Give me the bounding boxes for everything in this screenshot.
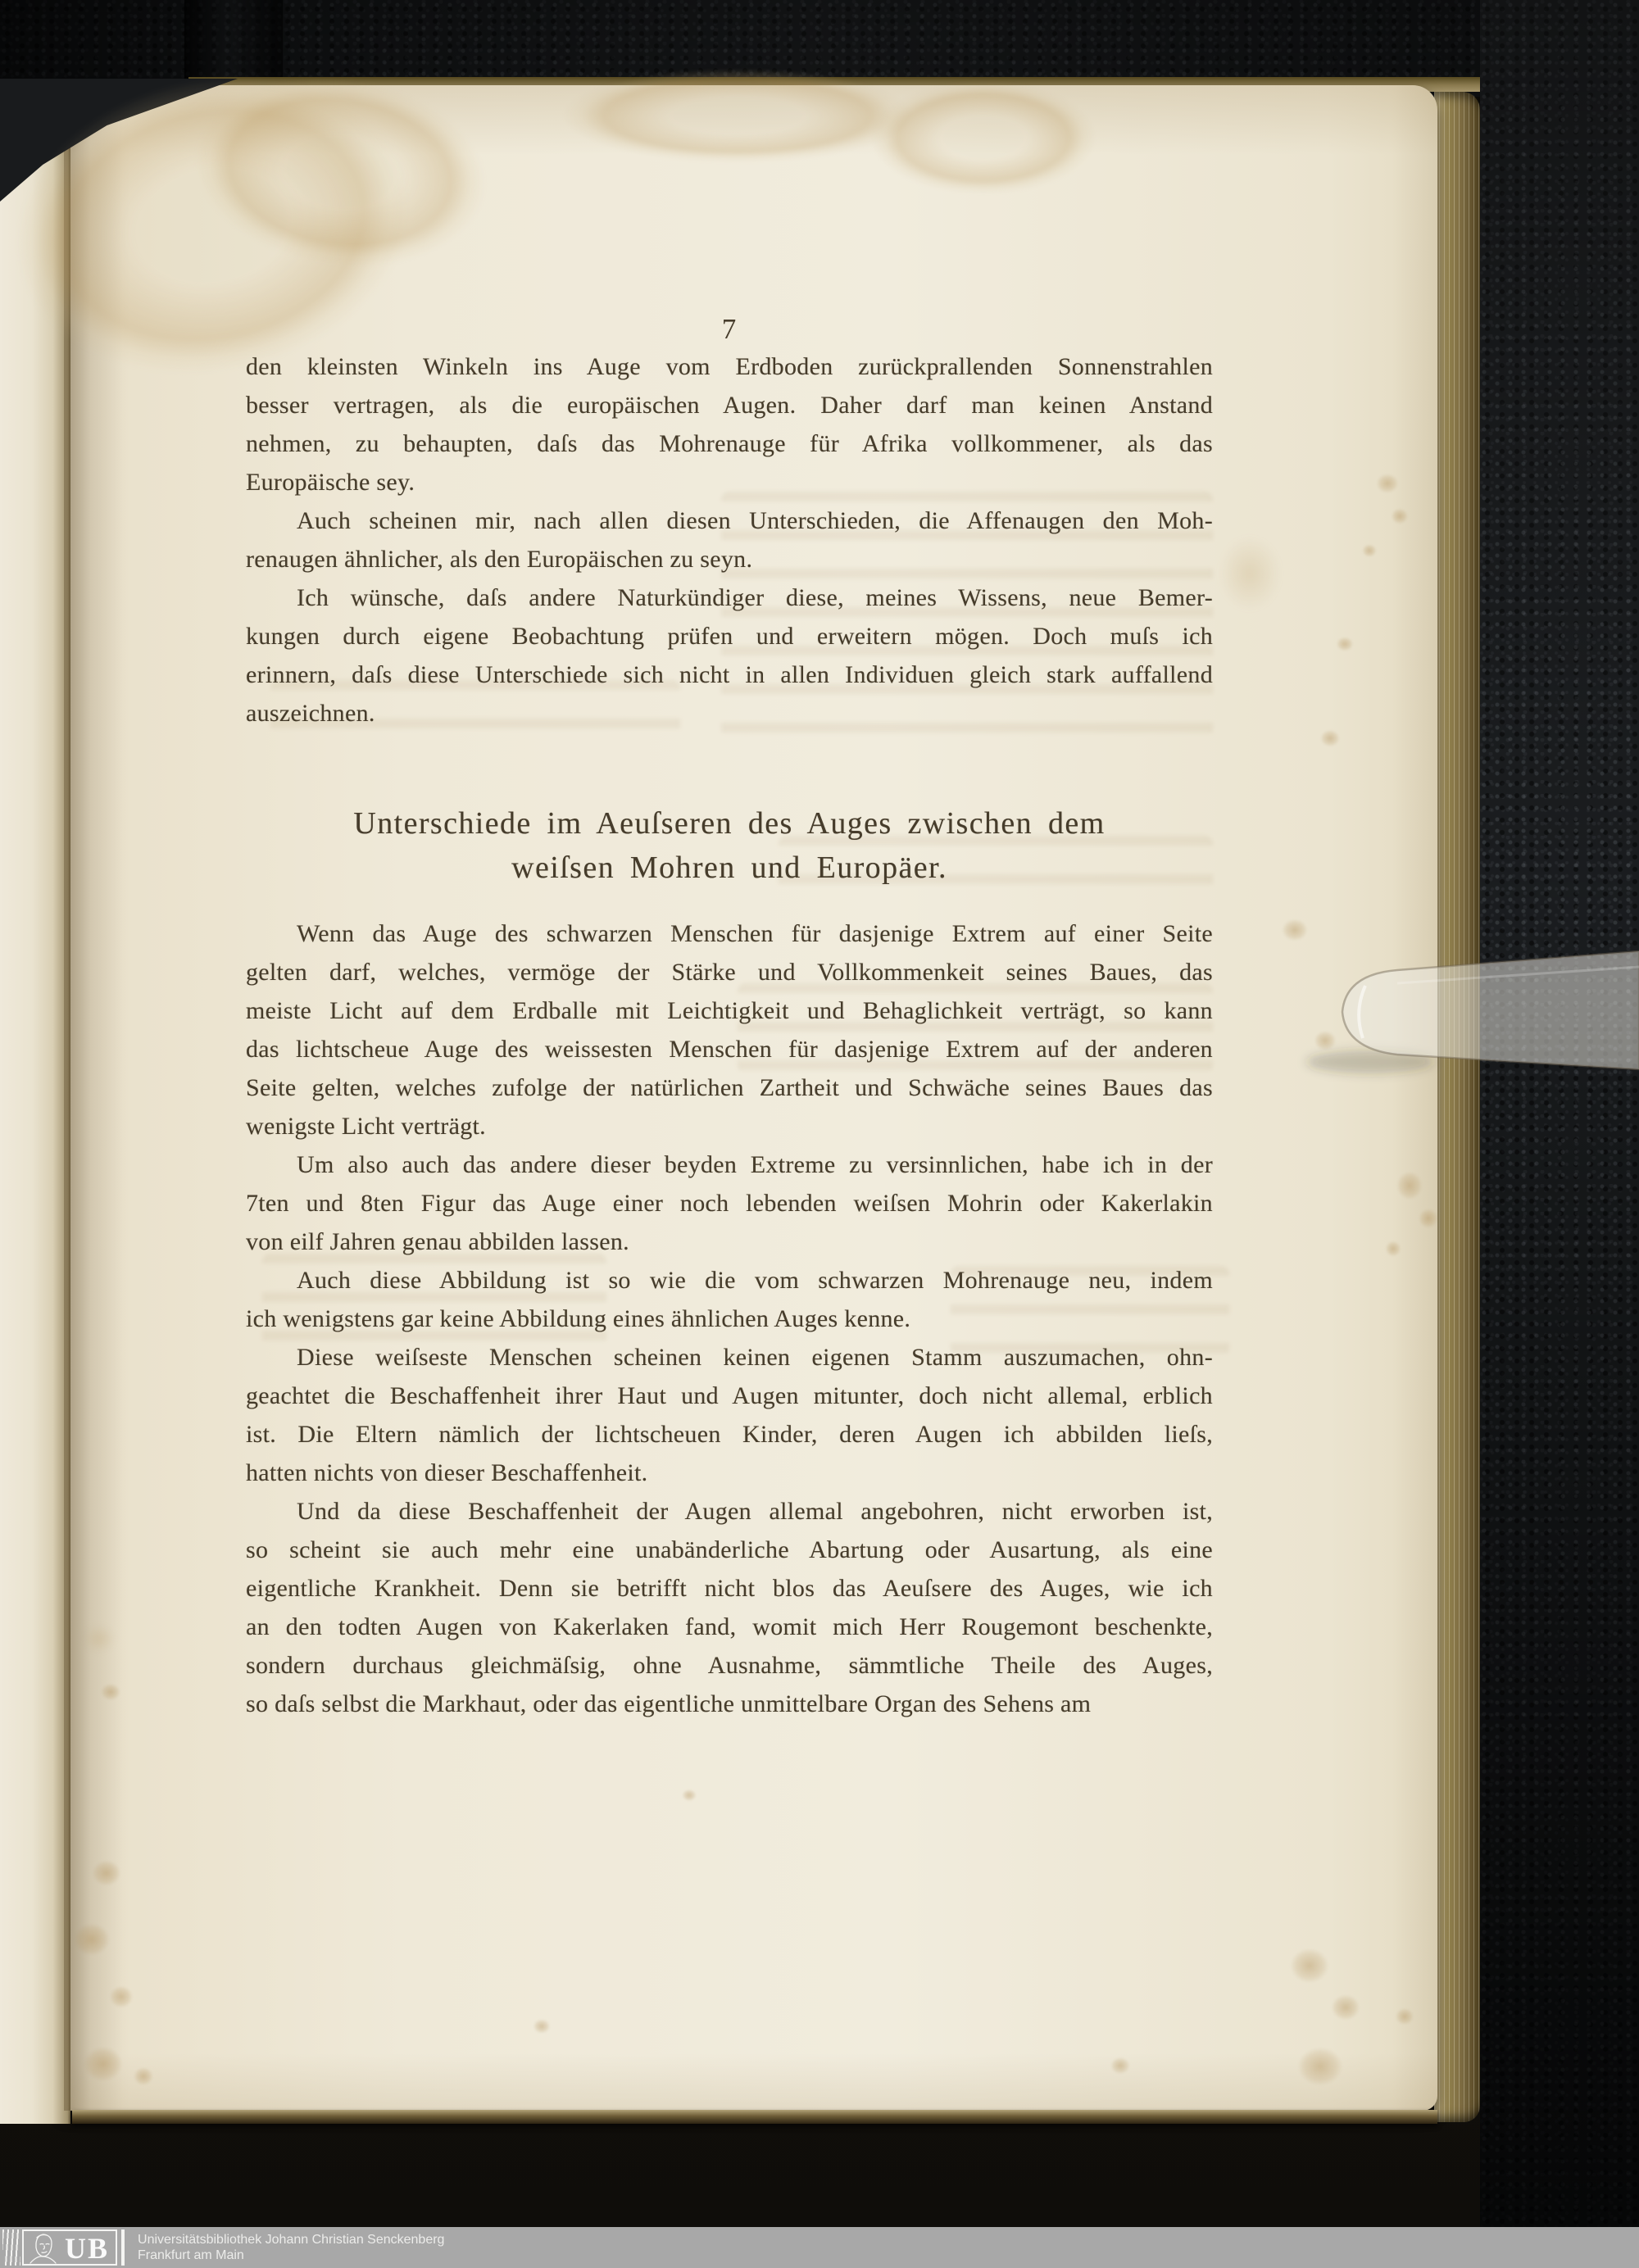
text-line: Seite gelten, welches zufolge der natürl…: [246, 1068, 1213, 1107]
paragraph: den kleinsten Winkeln ins Auge vom Erdbo…: [246, 347, 1213, 501]
library-city: Frankfurt am Main: [138, 2248, 444, 2263]
text-line: meiste Licht auf dem Erdballe mit Leicht…: [246, 991, 1213, 1030]
text-line: weiſsen Mohren und Europäer.: [246, 846, 1213, 890]
text-line: an den todten Augen von Kakerlaken fand,…: [246, 1608, 1213, 1646]
section-heading: Unterschiede im Aeuſseren des Auges zwis…: [246, 801, 1213, 890]
text-line: gelten darf, welches, vermöge der Stärke…: [246, 953, 1213, 991]
text-line: von eilf Jahren genau abbilden lassen.: [246, 1222, 1213, 1261]
facing-page-gutter: [0, 80, 70, 2124]
paragraph: Um also auch das andere dieser beyden Ex…: [246, 1145, 1213, 1261]
paragraph: Auch diese Abbildung ist so wie die vom …: [246, 1261, 1213, 1338]
text-line: Europäische sey.: [246, 463, 1213, 501]
text-line: wenigste Licht verträgt.: [246, 1107, 1213, 1145]
paragraph: Ich wünsche, daſs andere Naturkündiger d…: [246, 578, 1213, 733]
text-line: Um also auch das andere dieser beyden Ex…: [246, 1145, 1213, 1184]
text-line: ist. Die Eltern nämlich der lichtscheuen…: [246, 1415, 1213, 1454]
book-spines-icon: [2, 2229, 20, 2266]
text-line: auszeichnen.: [246, 694, 1213, 733]
library-footer-bar: UB Universitätsbibliothek Johann Christi…: [0, 2227, 1639, 2268]
goethe-portrait-icon: [27, 2231, 58, 2264]
text-line: nehmen, zu behaupten, daſs das Mohrenaug…: [246, 424, 1213, 463]
text-line: renaugen ähnlicher, als den Europäischen…: [246, 540, 1213, 578]
text-block: den kleinsten Winkeln ins Auge vom Erdbo…: [246, 347, 1213, 1723]
book-block-bottom-edge: [72, 2110, 1437, 2124]
text-line: erinnern, daſs diese Unterschiede sich n…: [246, 655, 1213, 694]
text-line: Und da diese Beschaffenheit der Augen al…: [246, 1492, 1213, 1531]
text-line: so scheint sie auch mehr eine unabänderl…: [246, 1531, 1213, 1569]
logo-separator: [121, 2229, 125, 2266]
paragraph: Und da diese Beschaffenheit der Augen al…: [246, 1492, 1213, 1723]
library-caption: Universitätsbibliothek Johann Christian …: [138, 2232, 444, 2263]
text-line: so daſs selbst die Markhaut, oder das ei…: [246, 1685, 1213, 1723]
text-line: Auch scheinen mir, nach allen diesen Unt…: [246, 501, 1213, 540]
text-line: Unterschiede im Aeuſseren des Auges zwis…: [246, 801, 1213, 846]
book-block-fore-edge: [1434, 92, 1480, 2122]
text-line: eigentliche Krankheit. Denn sie betrifft…: [246, 1569, 1213, 1608]
text-line: besser vertragen, als die europäischen A…: [246, 386, 1213, 424]
text-line: geachtet die Beschaffenheit ihrer Haut u…: [246, 1377, 1213, 1415]
text-line: Auch diese Abbildung ist so wie die vom …: [246, 1261, 1213, 1300]
library-acronym: UB: [65, 2234, 109, 2263]
paragraph: Diese weiſseste Menschen scheinen keinen…: [246, 1338, 1213, 1492]
text-line: kungen durch eigene Beobachtung prüfen u…: [246, 617, 1213, 655]
library-name: Universitätsbibliothek Johann Christian …: [138, 2232, 444, 2248]
text-line: den kleinsten Winkeln ins Auge vom Erdbo…: [246, 347, 1213, 386]
text-line: Diese weiſseste Menschen scheinen keinen…: [246, 1338, 1213, 1377]
gutter-crease-shadow: [64, 85, 123, 2111]
text-line: sondern durchaus gleichmäſsig, ohne Ausn…: [246, 1646, 1213, 1685]
text-line: 7ten und 8ten Figur das Auge einer noch …: [246, 1184, 1213, 1222]
page-number: 7: [246, 313, 1213, 346]
paragraph: Auch scheinen mir, nach allen diesen Unt…: [246, 501, 1213, 578]
logo-frame: UB: [22, 2229, 117, 2266]
library-logo: UB: [2, 2229, 125, 2266]
text-line: hatten nichts von dieser Beschaffenheit.: [246, 1454, 1213, 1492]
text-line: das lichtscheue Auge des weissesten Mens…: [246, 1030, 1213, 1068]
paragraph: Wenn das Auge des schwarzen Menschen für…: [246, 914, 1213, 1145]
text-line: ich wenigstens gar keine Abbildung eines…: [246, 1300, 1213, 1338]
text-line: Ich wünsche, daſs andere Naturkündiger d…: [246, 578, 1213, 617]
text-line: Wenn das Auge des schwarzen Menschen für…: [246, 914, 1213, 953]
